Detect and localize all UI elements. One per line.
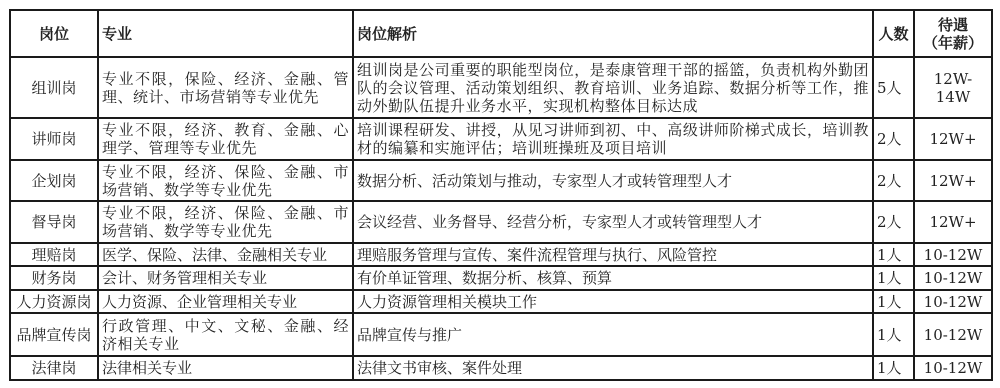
cell-position: 企划岗	[10, 160, 98, 201]
cell-description: 法律文书审核、案件处理	[353, 356, 873, 380]
header-salary-line1: 待遇	[918, 16, 988, 34]
table-row: 财务岗 会计、财务管理相关专业 有价单证管理、数据分析、核算、预算 1人 10-…	[10, 266, 992, 290]
cell-position: 督导岗	[10, 201, 98, 243]
table-row: 理赔岗 医学、保险、法律、金融相关专业 理赔服务管理与宣传、案件流程管理与执行、…	[10, 243, 992, 266]
cell-headcount: 1人	[873, 356, 914, 380]
cell-salary: 12W+	[914, 201, 992, 243]
cell-major: 会计、财务管理相关专业	[98, 266, 353, 290]
cell-headcount: 1人	[873, 266, 914, 290]
cell-headcount: 1人	[873, 290, 914, 313]
table-row: 督导岗 专业不限，经济、保险、金融、市场营销、数学等专业优先 会议经营、业务督导…	[10, 201, 992, 243]
cell-salary: 10-12W	[914, 266, 992, 290]
cell-position: 品牌宣传岗	[10, 313, 98, 356]
cell-headcount: 2人	[873, 201, 914, 243]
cell-salary: 10-12W	[914, 313, 992, 356]
cell-headcount: 5人	[873, 57, 914, 118]
cell-salary: 10-12W	[914, 290, 992, 313]
cell-major: 医学、保险、法律、金融相关专业	[98, 243, 353, 266]
table-row: 讲师岗 专业不限，经济、教育、金融、心理学、管理等专业优先 培训课程研发、讲授，…	[10, 118, 992, 160]
header-row: 岗位 专业 岗位解析 人数 待遇 （年薪）	[10, 10, 992, 57]
cell-salary: 10-12W	[914, 243, 992, 266]
table-row: 品牌宣传岗 行政管理、中文、文秘、金融、经济相关专业 品牌宣传与推广 1人 10…	[10, 313, 992, 356]
header-salary: 待遇 （年薪）	[914, 10, 992, 57]
header-salary-line2: （年薪）	[918, 34, 988, 52]
cell-salary: 10-12W	[914, 356, 992, 380]
cell-major: 专业不限，经济、保险、金融、市场营销、数学等专业优先	[98, 160, 353, 201]
header-position: 岗位	[10, 10, 98, 57]
cell-description: 品牌宣传与推广	[353, 313, 873, 356]
cell-description: 人力资源管理相关模块工作	[353, 290, 873, 313]
cell-major: 人力资源、企业管理相关专业	[98, 290, 353, 313]
recruitment-table: 岗位 专业 岗位解析 人数 待遇 （年薪） 组训岗 专业不限，保险、经济、金融、…	[9, 9, 993, 381]
header-description: 岗位解析	[353, 10, 873, 57]
cell-headcount: 2人	[873, 160, 914, 201]
cell-major: 专业不限，经济、教育、金融、心理学、管理等专业优先	[98, 118, 353, 160]
cell-major: 行政管理、中文、文秘、金融、经济相关专业	[98, 313, 353, 356]
cell-position: 人力资源岗	[10, 290, 98, 313]
cell-description: 数据分析、活动策划与推动，专家型人才或转管理型人才	[353, 160, 873, 201]
cell-headcount: 1人	[873, 243, 914, 266]
header-major: 专业	[98, 10, 353, 57]
cell-position: 法律岗	[10, 356, 98, 380]
cell-salary: 12W+	[914, 160, 992, 201]
cell-headcount: 2人	[873, 118, 914, 160]
cell-description: 理赔服务管理与宣传、案件流程管理与执行、风险管控	[353, 243, 873, 266]
cell-major: 专业不限，保险、经济、金融、管理、统计、市场营销等专业优先	[98, 57, 353, 118]
table-row: 企划岗 专业不限，经济、保险、金融、市场营销、数学等专业优先 数据分析、活动策划…	[10, 160, 992, 201]
cell-position: 理赔岗	[10, 243, 98, 266]
table-row: 人力资源岗 人力资源、企业管理相关专业 人力资源管理相关模块工作 1人 10-1…	[10, 290, 992, 313]
cell-description: 组训岗是公司重要的职能型岗位，是泰康管理干部的摇篮，负责机构外勤团队的会议管理、…	[353, 57, 873, 118]
cell-major: 专业不限，经济、保险、金融、市场营销、数学等专业优先	[98, 201, 353, 243]
header-headcount: 人数	[873, 10, 914, 57]
cell-description: 培训课程研发、讲授，从见习讲师到初、中、高级讲师阶梯式成长，培训教材的编纂和实施…	[353, 118, 873, 160]
cell-position: 财务岗	[10, 266, 98, 290]
cell-position: 讲师岗	[10, 118, 98, 160]
cell-major: 法律相关专业	[98, 356, 353, 380]
cell-salary: 12W+	[914, 118, 992, 160]
table-row: 组训岗 专业不限，保险、经济、金融、管理、统计、市场营销等专业优先 组训岗是公司…	[10, 57, 992, 118]
cell-headcount: 1人	[873, 313, 914, 356]
table-row: 法律岗 法律相关专业 法律文书审核、案件处理 1人 10-12W	[10, 356, 992, 380]
cell-salary: 12W-14W	[914, 57, 992, 118]
cell-description: 有价单证管理、数据分析、核算、预算	[353, 266, 873, 290]
cell-position: 组训岗	[10, 57, 98, 118]
cell-description: 会议经营、业务督导、经营分析，专家型人才或转管理型人才	[353, 201, 873, 243]
